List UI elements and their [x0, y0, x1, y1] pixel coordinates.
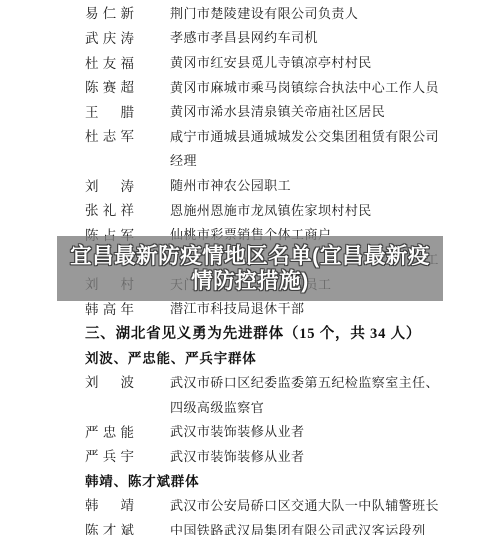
person-name: 刘波 — [85, 371, 134, 391]
person-desc: 恩施州恩施市龙凤镇佐家坝村村民 — [170, 200, 372, 219]
group-heading: 刘波、严忠能、严兵宇群体 — [85, 347, 257, 367]
person-desc: 武汉市公安局硚口区交通大队一中队辅警班长 — [170, 495, 439, 514]
table-row: 杜友福黄冈市红安县觅儿寺镇凉亭村村民 — [0, 49, 500, 74]
table-row: 刘波武汉市硚口区纪委监委第五纪检监察室主任、 — [0, 369, 500, 394]
person-desc: 咸宁市通城县通城城发公交集团租赁有限公司 — [170, 126, 439, 145]
table-row: 张礼祥恩施州恩施市龙凤镇佐家坝村村民 — [0, 197, 500, 222]
person-desc: 四级高级监察官 — [170, 397, 264, 416]
group-row: 刘波、严忠能、严兵宇群体 — [0, 345, 500, 370]
person-desc: 黄冈市浠水县清泉镇关帝庙社区居民 — [170, 101, 385, 120]
person-name: 王腊 — [85, 101, 134, 121]
person-name: 杜志军 — [85, 125, 134, 145]
person-name: 陈赛超 — [85, 76, 134, 96]
table-row: 刘涛随州市神农公园职工 — [0, 172, 500, 197]
person-name: 张礼祥 — [85, 199, 134, 219]
table-row: 韩靖武汉市公安局硚口区交通大队一中队辅警班长 — [0, 492, 500, 517]
section-heading: 三、湖北省见义勇为先进群体（15 个，共 34 人） — [85, 322, 421, 343]
person-desc: 武汉市装饰装修从业者 — [170, 446, 305, 465]
person-name: 严忠能 — [85, 421, 134, 441]
group-heading: 韩靖、陈才斌群体 — [85, 470, 199, 490]
section-row: 三、湖北省见义勇为先进群体（15 个，共 34 人） — [0, 320, 500, 345]
person-name: 韩靖 — [85, 494, 134, 514]
watermark-title-overlay: 宜昌最新防疫情地区名单(宜昌最新疫 情防控措施) — [57, 236, 443, 301]
person-desc: 荆门市楚陵建设有限公司负责人 — [170, 3, 358, 22]
person-name: 易仁新 — [85, 2, 134, 22]
person-name: 杜友福 — [85, 52, 134, 72]
overlay-title-line1: 宜昌最新防疫情地区名单(宜昌最新疫 — [70, 244, 430, 269]
table-row: 严忠能武汉市装饰装修从业者 — [0, 418, 500, 443]
overlay-title-line2: 情防控措施) — [191, 269, 309, 294]
continuation-row: 经理 — [0, 148, 500, 173]
person-desc: 黄冈市红安县觅儿寺镇凉亭村村民 — [170, 52, 372, 71]
person-desc: 随州市神农公园职工 — [170, 175, 291, 194]
table-row: 陈才斌中国铁路武汉局集团有限公司武汉客运段列 — [0, 517, 500, 535]
person-desc: 孝感市孝昌县网约车司机 — [170, 27, 318, 46]
person-desc: 武汉市装饰装修从业者 — [170, 421, 305, 440]
table-row: 杜志军咸宁市通城县通城城发公交集团租赁有限公司 — [0, 123, 500, 148]
table-row: 严兵宇武汉市装饰装修从业者 — [0, 443, 500, 468]
person-name: 陈才斌 — [85, 519, 134, 535]
person-desc: 中国铁路武汉局集团有限公司武汉客运段列 — [170, 520, 426, 535]
continuation-row: 四级高级监察官 — [0, 394, 500, 419]
table-row: 易仁新荆门市楚陵建设有限公司负责人 — [0, 0, 500, 25]
person-name: 武庆涛 — [85, 27, 134, 47]
person-desc: 武汉市硚口区纪委监委第五纪检监察室主任、 — [170, 372, 439, 391]
document-page: 易仁新荆门市楚陵建设有限公司负责人武庆涛孝感市孝昌县网约车司机杜友福黄冈市红安县… — [0, 0, 500, 535]
person-name: 严兵宇 — [85, 445, 134, 465]
table-row: 武庆涛孝感市孝昌县网约车司机 — [0, 25, 500, 50]
person-name: 刘涛 — [85, 175, 134, 195]
group-row: 韩靖、陈才斌群体 — [0, 468, 500, 493]
person-desc: 经理 — [170, 150, 197, 169]
table-row: 陈赛超黄冈市麻城市乘马岗镇综合执法中心工作人员 — [0, 74, 500, 99]
table-row: 王腊黄冈市浠水县清泉镇关帝庙社区居民 — [0, 98, 500, 123]
person-desc: 黄冈市麻城市乘马岗镇综合执法中心工作人员 — [170, 77, 439, 96]
